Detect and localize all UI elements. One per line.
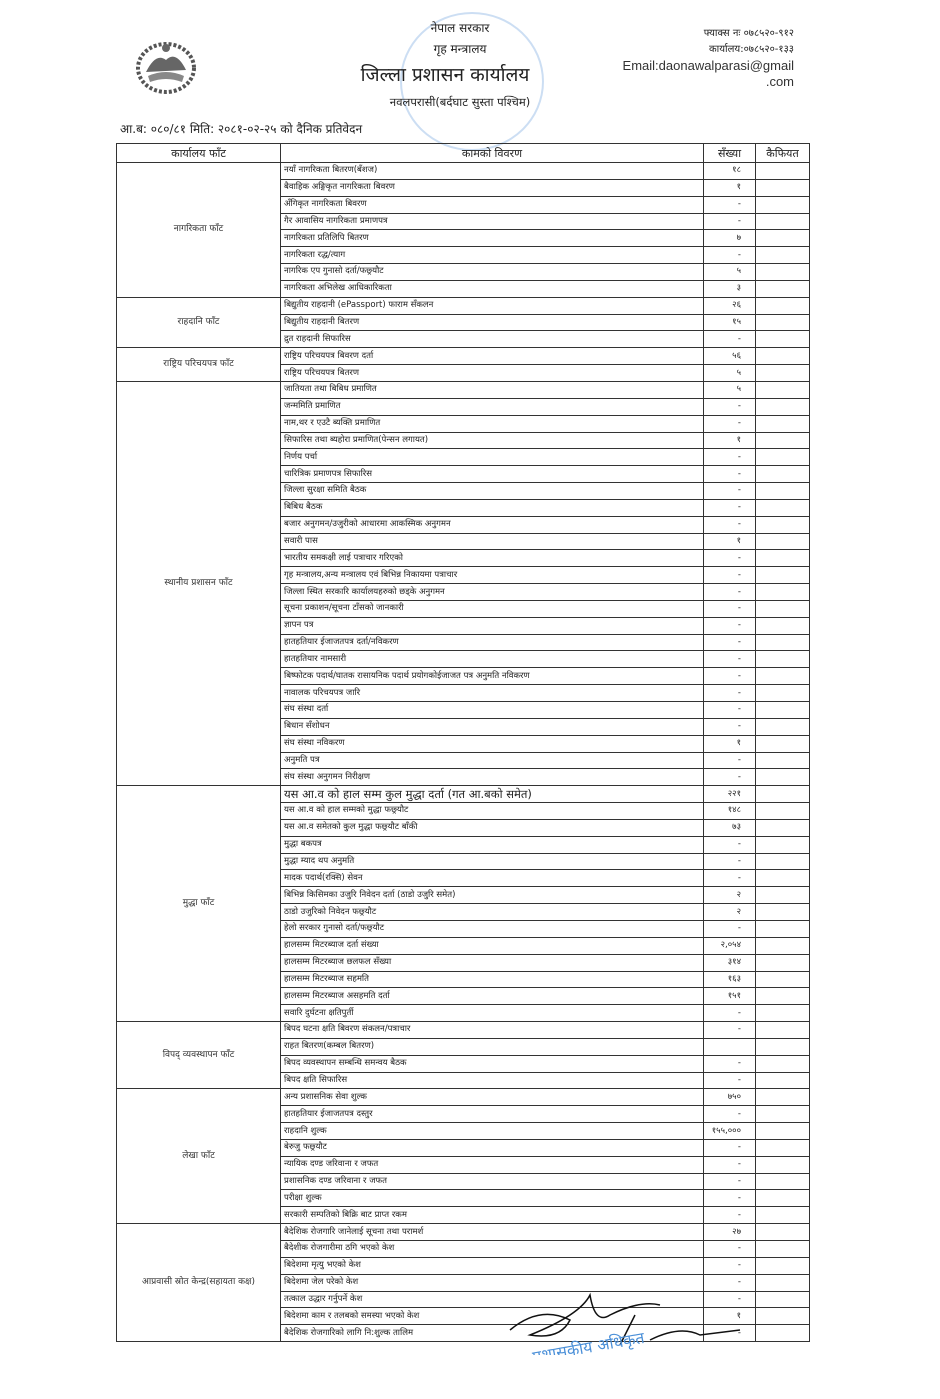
remarks-cell	[756, 483, 810, 500]
work-description: नावालक परिचयपत्र जारि	[281, 685, 704, 702]
remarks-cell	[756, 786, 810, 803]
work-description: बिदेशमा जेल परेको केश	[281, 1274, 704, 1291]
table-row: मुद्धा फाँटयस आ.व को हाल सम्म कुल मुद्धा…	[117, 786, 810, 803]
remarks-cell	[756, 264, 810, 281]
work-count: -	[704, 752, 756, 769]
work-count: ५६	[704, 348, 756, 365]
work-description: ज्ञापन पत्र	[281, 617, 704, 634]
work-count: -	[704, 1055, 756, 1072]
work-description: भारतीय समकक्षी लाई पत्राचार गरिएको	[281, 550, 704, 567]
work-count: -	[704, 769, 756, 786]
letterhead: नेपाल सरकार गृह मन्त्रालय जिल्ला प्रशासन…	[330, 18, 560, 114]
work-description: बैदेशिक रोजगारि जानेलाई सूचना तथा परामर्…	[281, 1224, 704, 1241]
work-description: बजार अनुगमन/उजुरीको आधारमा आकस्मिक अनुगम…	[281, 516, 704, 533]
work-count: २७	[704, 1224, 756, 1241]
work-count: -	[704, 398, 756, 415]
work-description: बिबिध बैठक	[281, 499, 704, 516]
work-count: -	[704, 415, 756, 432]
work-description: अन्य प्रशासनिक सेवा शुल्क	[281, 1089, 704, 1106]
work-count: २६	[704, 297, 756, 314]
remarks-cell	[756, 381, 810, 398]
work-description: बिदेशमा मृत्यु भएको केश	[281, 1257, 704, 1274]
remarks-cell	[756, 1139, 810, 1156]
work-count: २	[704, 904, 756, 921]
work-description: हातहतियार ईजाजतपत्र दस्तुर	[281, 1106, 704, 1123]
table-row: राष्ट्रिय परिचयपत्र फाँटराष्ट्रिय परिचयप…	[117, 348, 810, 365]
work-description: हालसम्म मिटरब्याज असहमति दर्ता	[281, 988, 704, 1005]
remarks-cell	[756, 432, 810, 449]
work-count: १८	[704, 163, 756, 180]
remarks-cell	[756, 230, 810, 247]
remarks-cell	[756, 567, 810, 584]
work-description: सिफारिस तथा ब्यहोरा प्रमाणित(पेन्सन लगाय…	[281, 432, 704, 449]
work-description: हालसम्म मिटरब्याज सहमति	[281, 971, 704, 988]
work-description: जिल्ला स्थित सरकारि कार्यालयहरुको छड्के …	[281, 584, 704, 601]
nepal-emblem-icon	[132, 38, 200, 96]
work-description: मुद्धा म्याद थप अनुमति	[281, 853, 704, 870]
work-description: सूचना प्रकाशन/सूचना टाँसको जानकारी	[281, 600, 704, 617]
work-description: जिल्ला सुरक्षा समिति बैठक	[281, 483, 704, 500]
work-count: २	[704, 887, 756, 904]
work-description: हेलो सरकार गुनासो दर्ता/फछ्र्यौट	[281, 920, 704, 937]
work-count: -	[704, 196, 756, 213]
remarks-cell	[756, 1106, 810, 1123]
work-description: बिभिन्न किसिमका उजुरि निवेदन दर्ता (ठाडो…	[281, 887, 704, 904]
work-description: बिधान सँशोधन	[281, 718, 704, 735]
table-row: आप्रवासी स्रोत केन्द्र(सहायता कक्ष)बैदेश…	[117, 1224, 810, 1241]
work-description: सवारि दुर्घटना क्षतिपुर्ती	[281, 1005, 704, 1022]
work-count: १	[704, 533, 756, 550]
remarks-cell	[756, 769, 810, 786]
remarks-cell	[756, 1022, 810, 1039]
work-count: ७	[704, 230, 756, 247]
col-description: कामको विवरण	[281, 144, 704, 163]
work-description: द्रुत राहदानी सिफारिस	[281, 331, 704, 348]
email-line-1: Email:daonawalparasi@gmail	[623, 58, 794, 74]
work-description: हालसम्म मिटरब्याज दर्ता संख्या	[281, 937, 704, 954]
col-count: सँख्या	[704, 144, 756, 163]
remarks-cell	[756, 668, 810, 685]
daily-report-table: कार्यालय फाँट कामको विवरण सँख्या कैफियत …	[116, 143, 810, 1342]
remarks-cell	[756, 803, 810, 820]
remarks-cell	[756, 735, 810, 752]
fax-number: फ्याक्स नः ०७८५२०-९१२	[623, 26, 794, 42]
remarks-cell	[756, 1291, 810, 1308]
remarks-cell	[756, 1207, 810, 1224]
work-description: संघ संस्था नविकरण	[281, 735, 704, 752]
remarks-cell	[756, 1072, 810, 1089]
remarks-cell	[756, 634, 810, 651]
work-description: बिपद व्यवस्थापन सम्बन्धि समन्वय बैठक	[281, 1055, 704, 1072]
work-count: ७३	[704, 819, 756, 836]
remarks-cell	[756, 971, 810, 988]
work-description: बिद्युतीय राहदानी (ePassport) फाराम सँकल…	[281, 297, 704, 314]
work-count: -	[704, 331, 756, 348]
work-count: २,०५४	[704, 937, 756, 954]
work-description: राहदानि शुल्क	[281, 1123, 704, 1140]
work-count: -	[704, 1190, 756, 1207]
remarks-cell	[756, 415, 810, 432]
remarks-cell	[756, 1173, 810, 1190]
work-description: नाम,थर र एउटै ब्यक्ति प्रमाणित	[281, 415, 704, 432]
remarks-cell	[756, 617, 810, 634]
remarks-cell	[756, 196, 810, 213]
work-description: चारित्रिक प्रमाणपत्र सिफारिस	[281, 466, 704, 483]
work-description: बिष्फोटक पदार्थ/घातक रासायनिक पदार्थ प्र…	[281, 668, 704, 685]
table-header-row: कार्यालय फाँट कामको विवरण सँख्या कैफियत	[117, 144, 810, 163]
work-description: मादक पदार्थ(रक्सि) सेवन	[281, 870, 704, 887]
remarks-cell	[756, 1274, 810, 1291]
work-count: -	[704, 247, 756, 264]
table-row: नागरिकता फाँटनयाँ नागरिकता बितरण(बँशज)१८	[117, 163, 810, 180]
work-description: बिपद क्षति सिफारिस	[281, 1072, 704, 1089]
work-description: जन्ममिति प्रमाणित	[281, 398, 704, 415]
work-description: यस आ.व समेतको कुल मुद्धा फछ्र्यौट बाँकी	[281, 819, 704, 836]
remarks-cell	[756, 600, 810, 617]
work-count: ५	[704, 365, 756, 382]
work-count: -	[704, 718, 756, 735]
work-description: जातियता तथा बिबिध प्रमाणित	[281, 381, 704, 398]
email-line-2: .com	[623, 74, 794, 90]
work-description: यस आ.व को हाल सम्मको मुद्धा फछ्र्यौट	[281, 803, 704, 820]
work-description: न्यायिक दण्ड जरिवाना र जफत	[281, 1156, 704, 1173]
work-description: प्रशासनिक दण्ड जरिवाना र जफत	[281, 1173, 704, 1190]
section-name: राहदानि फाँट	[117, 297, 281, 348]
remarks-cell	[756, 584, 810, 601]
remarks-cell	[756, 533, 810, 550]
work-description: नागरिक एप गुनासो दर्ता/फछ्र्यौट	[281, 264, 704, 281]
work-description: नागरिकता रद्ध/त्याग	[281, 247, 704, 264]
remarks-cell	[756, 297, 810, 314]
work-description: निर्णय पर्चा	[281, 449, 704, 466]
table-row: लेखा फाँटअन्य प्रशासनिक सेवा शुल्क७५०	[117, 1089, 810, 1106]
work-count: १५५,०००	[704, 1123, 756, 1140]
remarks-cell	[756, 1005, 810, 1022]
work-count: ५	[704, 381, 756, 398]
work-count: -	[704, 853, 756, 870]
section-name: नागरिकता फाँट	[117, 163, 281, 298]
office-phone: कार्यालय:०७८५२०-१३३	[623, 42, 794, 58]
section-name: लेखा फाँट	[117, 1089, 281, 1224]
work-count: -	[704, 1156, 756, 1173]
work-count: १४८	[704, 803, 756, 820]
col-office-section: कार्यालय फाँट	[117, 144, 281, 163]
work-description: मुद्धा बकपत्र	[281, 836, 704, 853]
work-count: -	[704, 1291, 756, 1308]
section-name: स्थानीय प्रशासन फाँट	[117, 381, 281, 785]
remarks-cell	[756, 702, 810, 719]
remarks-cell	[756, 920, 810, 937]
section-name: मुद्धा फाँट	[117, 786, 281, 1022]
work-description: गृह मन्त्रालय,अन्य मन्त्रालय एवं बिभिन्न…	[281, 567, 704, 584]
work-description: राहत बितरण(कम्बल बितरण)	[281, 1038, 704, 1055]
work-description: संघ संस्था दर्ता	[281, 702, 704, 719]
work-description: हातहतियार ईजाजतपत्र दर्ता/नविकरण	[281, 634, 704, 651]
work-description: सवारी पास	[281, 533, 704, 550]
remarks-cell	[756, 1257, 810, 1274]
work-description: राष्ट्रिय परिचयपत्र बितरण	[281, 365, 704, 382]
work-count: १६३	[704, 971, 756, 988]
remarks-cell	[756, 685, 810, 702]
remarks-cell	[756, 937, 810, 954]
remarks-cell	[756, 954, 810, 971]
remarks-cell	[756, 752, 810, 769]
work-count: -	[704, 1207, 756, 1224]
contact-info: फ्याक्स नः ०७८५२०-९१२ कार्यालय:०७८५२०-१३…	[623, 26, 794, 90]
work-count: -	[704, 550, 756, 567]
work-count: -	[704, 466, 756, 483]
work-count: १	[704, 735, 756, 752]
work-description: नागरिकता अभिलेख आधिकारिकता	[281, 280, 704, 297]
remarks-cell	[756, 247, 810, 264]
district-name: नवलपरासी(बर्दघाट सुस्ता पश्चिम)	[360, 90, 560, 114]
work-description: सरकारी सम्पतिको बिक्रि बाट प्राप्त रकम	[281, 1207, 704, 1224]
work-description: यस आ.व को हाल सम्म कुल मुद्धा दर्ता (गत …	[281, 786, 704, 803]
office-name: जिल्ला प्रशासन कार्यालय	[330, 60, 560, 90]
work-count	[704, 1038, 756, 1055]
work-count: -	[704, 1139, 756, 1156]
work-count: -	[704, 702, 756, 719]
work-description: गैर आवासिय नागरिकता प्रमाणपत्र	[281, 213, 704, 230]
work-count: -	[704, 634, 756, 651]
work-description: बैदेशिक रोजगारिको लागि नि:शुल्क तालिम	[281, 1325, 704, 1342]
work-count: -	[704, 499, 756, 516]
work-count: -	[704, 1241, 756, 1258]
remarks-cell	[756, 836, 810, 853]
remarks-cell	[756, 1224, 810, 1241]
remarks-cell	[756, 1190, 810, 1207]
table-row: राहदानि फाँटबिद्युतीय राहदानी (ePassport…	[117, 297, 810, 314]
remarks-cell	[756, 988, 810, 1005]
work-count: -	[704, 1022, 756, 1039]
remarks-cell	[756, 280, 810, 297]
work-count: -	[704, 600, 756, 617]
work-description: अँगिकृत नागरिकता बिवरण	[281, 196, 704, 213]
remarks-cell	[756, 348, 810, 365]
section-name: विपद् व्यवस्थापन फाँट	[117, 1022, 281, 1089]
remarks-cell	[756, 870, 810, 887]
remarks-cell	[756, 1123, 810, 1140]
gov-name: नेपाल सरकार	[360, 18, 560, 38]
work-count: -	[704, 213, 756, 230]
remarks-cell	[756, 499, 810, 516]
remarks-cell	[756, 550, 810, 567]
remarks-cell	[756, 819, 810, 836]
work-description: संघ संस्था अनुगमन निरीक्षण	[281, 769, 704, 786]
work-count: -	[704, 920, 756, 937]
table-row: विपद् व्यवस्थापन फाँटबिपद घटना क्षति बिव…	[117, 1022, 810, 1039]
work-description: तत्काल उद्धार गर्नुपर्ने केश	[281, 1291, 704, 1308]
work-count: -	[704, 1257, 756, 1274]
work-description: बैवाहिक अङ्गिकृत नागरिकता बिवरण	[281, 179, 704, 196]
remarks-cell	[756, 163, 810, 180]
work-count: -	[704, 668, 756, 685]
work-description: अनुमति पत्र	[281, 752, 704, 769]
work-count: १	[704, 1308, 756, 1325]
remarks-cell	[756, 516, 810, 533]
remarks-cell	[756, 853, 810, 870]
work-count: -	[704, 1106, 756, 1123]
work-description: परीक्षा शुल्क	[281, 1190, 704, 1207]
work-count: -	[704, 449, 756, 466]
work-description: ठाडो उजुरिको निवेदन फछ्र्यौट	[281, 904, 704, 921]
work-description: बिपद घटना क्षति बिवरण संकलन/पत्राचार	[281, 1022, 704, 1039]
work-count: -	[704, 567, 756, 584]
work-count: २२१	[704, 786, 756, 803]
remarks-cell	[756, 466, 810, 483]
work-count: -	[704, 1005, 756, 1022]
remarks-cell	[756, 718, 810, 735]
col-remarks: कैफियत	[756, 144, 810, 163]
ministry-name: गृह मन्त्रालय	[360, 38, 560, 60]
work-description: बैदेशीक रोजगारीमा ठगि भएको केश	[281, 1241, 704, 1258]
work-count: -	[704, 483, 756, 500]
remarks-cell	[756, 1325, 810, 1342]
work-description: बिद्युतीय राहदानी बितरण	[281, 314, 704, 331]
work-count: -	[704, 617, 756, 634]
work-count: ३१४	[704, 954, 756, 971]
work-description: हातहतियार नामसारी	[281, 651, 704, 668]
work-description: राष्ट्रिय परिचयपत्र बिवरण दर्ता	[281, 348, 704, 365]
work-count: १	[704, 432, 756, 449]
remarks-cell	[756, 449, 810, 466]
work-description: बिदेशमा काम र तलबको समस्या भएको केश	[281, 1308, 704, 1325]
work-count: -	[704, 1072, 756, 1089]
work-count: -	[704, 870, 756, 887]
work-count: -	[704, 1173, 756, 1190]
work-description: बेरुजु फछ्र्यौट	[281, 1139, 704, 1156]
remarks-cell	[756, 179, 810, 196]
work-count: १	[704, 179, 756, 196]
remarks-cell	[756, 1241, 810, 1258]
work-description: नयाँ नागरिकता बितरण(बँशज)	[281, 163, 704, 180]
remarks-cell	[756, 887, 810, 904]
remarks-cell	[756, 314, 810, 331]
remarks-cell	[756, 904, 810, 921]
work-count: ३	[704, 280, 756, 297]
work-count: -	[704, 1325, 756, 1342]
report-title: आ.ब: ०८०/८१ मिति: २०८१-०२-२५ को दैनिक प्…	[120, 120, 362, 137]
remarks-cell	[756, 331, 810, 348]
work-count: ५	[704, 264, 756, 281]
work-count: -	[704, 685, 756, 702]
remarks-cell	[756, 1089, 810, 1106]
remarks-cell	[756, 1055, 810, 1072]
work-count: -	[704, 516, 756, 533]
work-description: नागरिकता प्रतिलिपि बितरण	[281, 230, 704, 247]
work-count: -	[704, 836, 756, 853]
work-description: हालसम्म मिटरब्याज छलफल सँख्या	[281, 954, 704, 971]
table-row: स्थानीय प्रशासन फाँटजातियता तथा बिबिध प्…	[117, 381, 810, 398]
remarks-cell	[756, 1156, 810, 1173]
work-count: १५१	[704, 988, 756, 1005]
work-count: ७५०	[704, 1089, 756, 1106]
remarks-cell	[756, 213, 810, 230]
work-count: -	[704, 651, 756, 668]
remarks-cell	[756, 1038, 810, 1055]
section-name: आप्रवासी स्रोत केन्द्र(सहायता कक्ष)	[117, 1224, 281, 1342]
remarks-cell	[756, 365, 810, 382]
remarks-cell	[756, 1308, 810, 1325]
remarks-cell	[756, 398, 810, 415]
remarks-cell	[756, 651, 810, 668]
work-count: -	[704, 584, 756, 601]
work-count: १५	[704, 314, 756, 331]
section-name: राष्ट्रिय परिचयपत्र फाँट	[117, 348, 281, 382]
work-count: -	[704, 1274, 756, 1291]
